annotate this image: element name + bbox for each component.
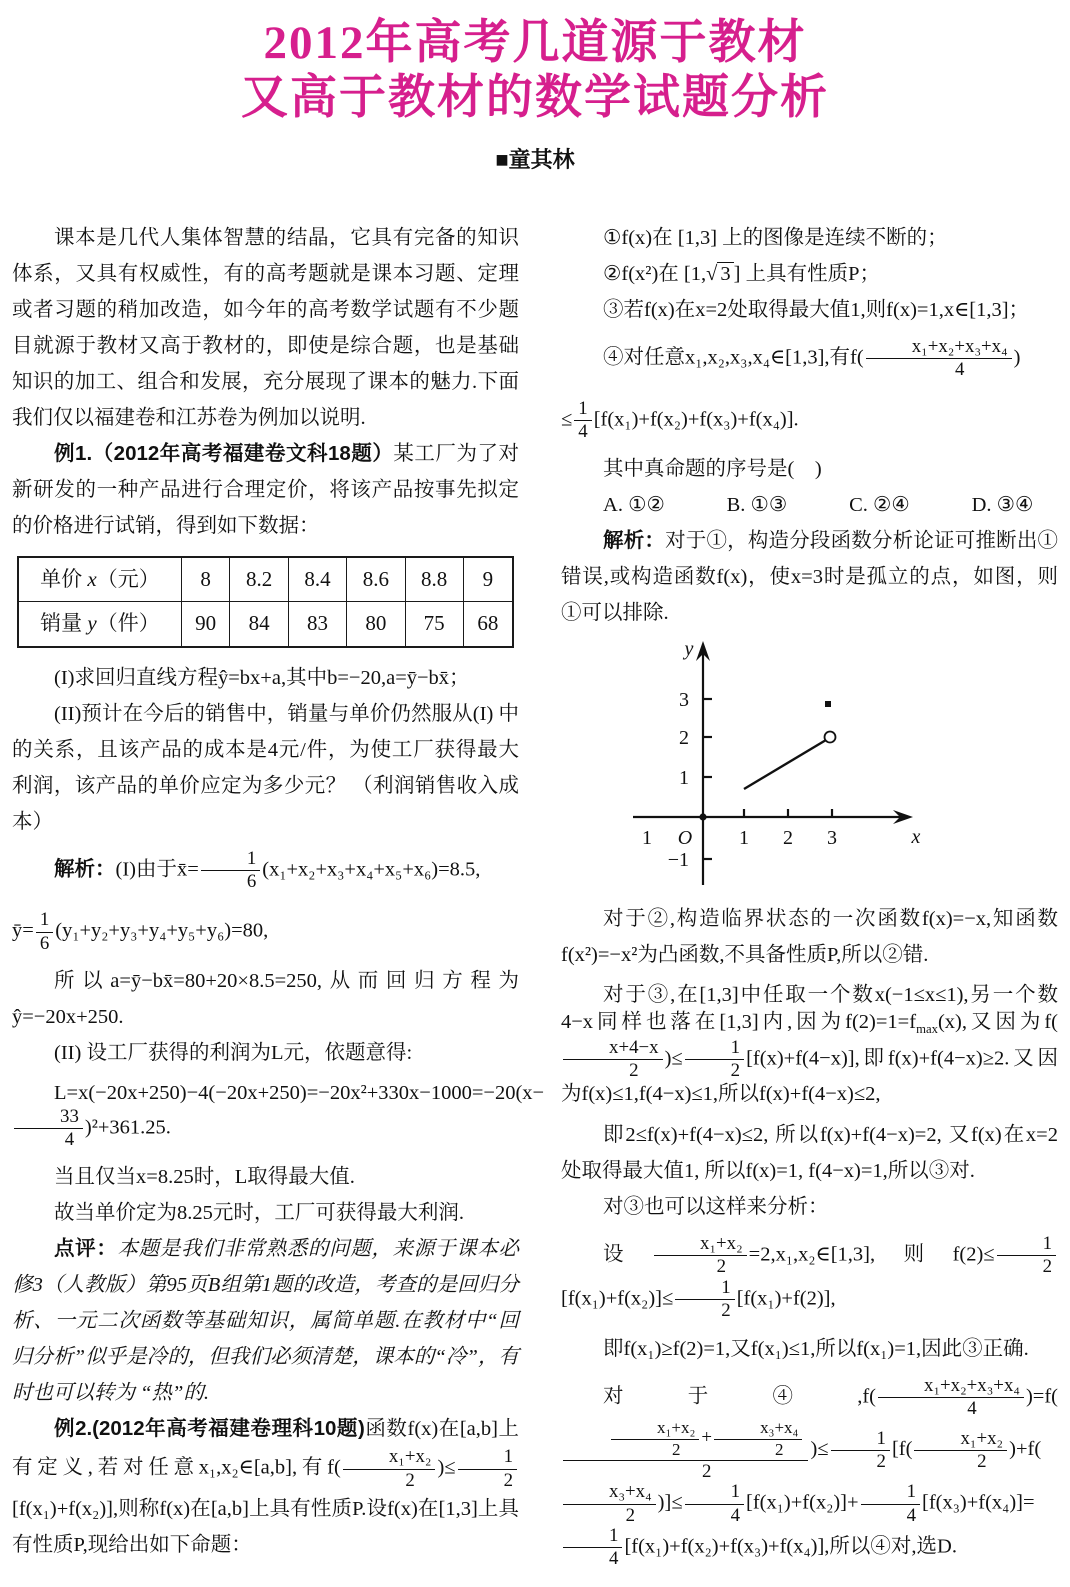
analysis-label: 解析：: [54, 857, 116, 880]
y-tick-label-3: 3: [679, 689, 689, 711]
var-y: y: [87, 611, 96, 635]
option-c: C. ②④: [849, 487, 910, 523]
figure-wrapper: 3 2 1 −1 1 2 3 1 O y x: [613, 637, 1058, 897]
table-cell: 80: [347, 602, 405, 647]
final-answer-line: 故当单价定为8.25元时，工厂可获得最大利润.: [12, 1195, 519, 1231]
table-cell: 8.2: [230, 557, 288, 602]
fraction: 334: [14, 1107, 83, 1151]
isolated-point: [825, 701, 831, 707]
sqrt-radical: √3: [706, 262, 734, 285]
proposition-1: ①f(x)在 [1,3] 上的图像是连续不断的；: [561, 220, 1058, 256]
fraction: 12: [997, 1234, 1056, 1278]
left-column: 课本是几代人集体智慧的结晶，它具有完备的知识体系，又具有权威性，有的高考题就是课…: [12, 220, 519, 1579]
table-header-price: 单价 x（元）: [18, 557, 181, 602]
table-row-sales: 销量 y（件） 90 84 83 80 75 68: [18, 602, 513, 647]
table-header-sales: 销量 y（件）: [18, 602, 181, 647]
y-tick-label-neg1: −1: [668, 849, 689, 871]
two-column-body: 课本是几代人集体智慧的结晶，它具有完备的知识体系，又具有权威性，有的高考题就是课…: [12, 220, 1058, 1579]
comment-paragraph: 点评：本题是我们非常熟悉的问题，来源于课本必修3（人教版）第95页B组第1题的改…: [12, 1231, 519, 1411]
example2-paragraph: 例2.(2012年高考福建卷理科10题)函数f(x)在[a,b]上有定义,若对任…: [12, 1411, 519, 1563]
price-sales-table: 单价 x（元） 8 8.2 8.4 8.6 8.8 9 销量 y（件） 90 8…: [17, 556, 514, 648]
fraction: 12: [675, 1278, 734, 1322]
function-graph: 3 2 1 −1 1 2 3 1 O y x: [613, 637, 943, 885]
page-title-line2: 又高于教材的数学试题分析: [12, 71, 1058, 126]
x-left-label: 1: [642, 827, 652, 849]
article-page: 2012年高考几道源于教材 又高于教材的数学试题分析 ■童其林 课本是几代人集体…: [0, 0, 1070, 1587]
example1-paragraph: 例1.（2012年高考福建卷文科18题）某工厂为了对新研发的一种产品进行合理定价…: [12, 436, 519, 544]
fraction: 14: [574, 399, 591, 443]
option-b: B. ①③: [727, 487, 788, 523]
fraction: 12: [685, 1038, 744, 1082]
max-value-line: 当且仅当x=8.25时，L取得最大值.: [12, 1159, 519, 1195]
fraction: 12: [831, 1429, 890, 1473]
question-part1: (I)求回归直线方程ŷ=bx+a,其中b=−20,a=ȳ−bx̄；: [12, 660, 519, 696]
case3-conclusion: 即2≤f(x)+f(4−x)≤2, 所以f(x)+f(4−x)=2, 又f(x)…: [561, 1117, 1058, 1189]
fraction: 14: [563, 1526, 622, 1570]
page-title-line1: 2012年高考几道源于教材: [12, 16, 1058, 71]
fraction: 12: [458, 1447, 517, 1491]
table-cell: 90: [181, 602, 230, 647]
table-cell: 83: [288, 602, 346, 647]
fraction: 14: [685, 1482, 744, 1526]
open-endpoint: [825, 732, 836, 743]
comment-label: 点评：: [54, 1237, 118, 1260]
proposition-2: ②f(x²)在 [1,√3] 上具有性质P；: [561, 256, 1058, 292]
fraction: x₃+x₄2: [563, 1482, 656, 1526]
intro-paragraph: 课本是几代人集体智慧的结晶，它具有完备的知识体系，又具有权威性，有的高考题就是课…: [12, 220, 519, 436]
analysis1-xbar-equation: 解析：(I)由于x̄=16(x₁+x₂+x₃+x₄+x₅+x₆)=8.5,: [12, 840, 519, 902]
option-d: D. ③④: [972, 487, 1034, 523]
table-cell: 8.8: [405, 557, 463, 602]
proposition-4-continuation: ≤14[f(x₁)+f(x₂)+f(x₃)+f(x₄)].: [561, 390, 1058, 452]
function-segment: [744, 740, 826, 789]
fraction: 16: [201, 849, 260, 893]
author-byline: ■童其林: [12, 143, 1058, 174]
table-cell: 9: [463, 557, 513, 602]
table-cell: 68: [463, 602, 513, 647]
analysis-label: 解析：: [603, 529, 665, 552]
table-cell: 75: [405, 602, 463, 647]
fraction: x₁+x₂2: [611, 1419, 699, 1459]
fraction: 14: [861, 1482, 920, 1526]
table-cell: 8.4: [288, 557, 346, 602]
table-cell: 8: [181, 557, 230, 602]
example1-label: 例1.（2012年高考福建卷文科18题）: [54, 442, 393, 465]
fraction: x₃+x₄2: [714, 1419, 802, 1459]
true-props-question: 其中真命题的序号是( ): [561, 451, 1058, 487]
fraction: x₁+x₂2: [914, 1429, 1007, 1473]
analysis2-paragraph: 解析：对于①，构造分段函数分析论证可推断出①错误,或构造函数f(x)，使x=3时…: [561, 523, 1058, 631]
alt-analysis-equation: 设x₁+x₂2=2,x₁,x₂∈[1,3],则f(2)≤12[f(x₁)+f(x…: [561, 1225, 1058, 1330]
fraction: x₁+x₂2: [654, 1234, 747, 1278]
alt-analysis-intro: 对③也可以这样来分析：: [561, 1189, 1058, 1225]
proposition-3: ③若f(x)在x=2处取得最大值1,则f(x)=1,x∈[1,3]；: [561, 292, 1058, 328]
y-axis-label: y: [683, 638, 694, 660]
ybar-equation: ȳ=16(y₁+y₂+y₃+y₄+y₅+y₆)=80,: [12, 901, 519, 963]
y-tick-label-2: 2: [679, 727, 689, 749]
option-a: A. ①②: [603, 487, 665, 523]
max-subscript: max: [916, 1022, 938, 1036]
profit-setup: (II) 设工厂获得的利润为L元，依题意得:: [12, 1035, 519, 1071]
alt-analysis-conclusion: 即f(x₁)≥f(2)=1,又f(x₁)≤1,所以f(x₁)=1,因此③正确.: [561, 1331, 1058, 1367]
proposition-4: ④对任意x₁,x₂,x₃,x₄∈[1,3],有f(x₁+x₂+x₃+x₄4): [561, 328, 1058, 390]
comment-text: 本题是我们非常熟悉的问题，来源于课本必修3（人教版）第95页B组第1题的改造，考…: [12, 1238, 519, 1404]
fraction: 16: [36, 910, 53, 954]
regression-conclusion: 所以a=ȳ−bx̄=80+20×8.5=250,从而回归方程为ŷ=−20x+25…: [12, 963, 519, 1035]
case4-paragraph: 对于④,f(x₁+x₂+x₃+x₄4)=f(x₁+x₂2+x₃+x₄22)≤12…: [561, 1367, 1058, 1579]
nested-fraction: x₁+x₂2+x₃+x₄22: [563, 1419, 808, 1482]
right-column: ①f(x)在 [1,3] 上的图像是连续不断的； ②f(x²)在 [1,√3] …: [561, 220, 1058, 1579]
fraction: x₁+x₂+x₃+x₄4: [866, 337, 1012, 381]
fraction: x₁+x₂+x₃+x₄4: [878, 1376, 1024, 1420]
y-tick-label-1: 1: [679, 767, 689, 789]
answer-options: A. ①② B. ①③ C. ②④ D. ③④: [561, 487, 1058, 523]
question-part2: (II)预计在今后的销售中，销量与单价仍然服从(I) 中的关系，且该产品的成本是…: [12, 696, 519, 840]
origin-label: O: [678, 827, 692, 849]
origin-point: [699, 814, 706, 821]
x-tick-label-2: 2: [783, 827, 793, 849]
article-title: 2012年高考几道源于教材 又高于教材的数学试题分析: [12, 16, 1058, 125]
case3-paragraph: 对于③,在[1,3]中任取一个数x(−1≤x≤1),另一个数4−x同样也落在[1…: [561, 973, 1058, 1117]
fraction: x₁+x₂2: [343, 1447, 436, 1491]
x-tick-label-1: 1: [739, 827, 749, 849]
var-x: x: [87, 567, 96, 591]
case2-paragraph: 对于②,构造临界状态的一次函数f(x)=−x,知函数f(x²)=−x²为凸函数,…: [561, 901, 1058, 973]
profit-equation: L=x(−20x+250)−4(−20x+250)=−20x²+330x−100…: [12, 1071, 519, 1159]
table-cell: 84: [230, 602, 288, 647]
x-tick-label-3: 3: [827, 827, 837, 849]
table-row-price: 单价 x（元） 8 8.2 8.4 8.6 8.8 9: [18, 557, 513, 602]
x-axis-label: x: [911, 826, 921, 848]
fraction: x+4−x2: [563, 1038, 663, 1082]
example2-label: 例2.(2012年高考福建卷理科10题): [54, 1417, 365, 1440]
table-cell: 8.6: [347, 557, 405, 602]
